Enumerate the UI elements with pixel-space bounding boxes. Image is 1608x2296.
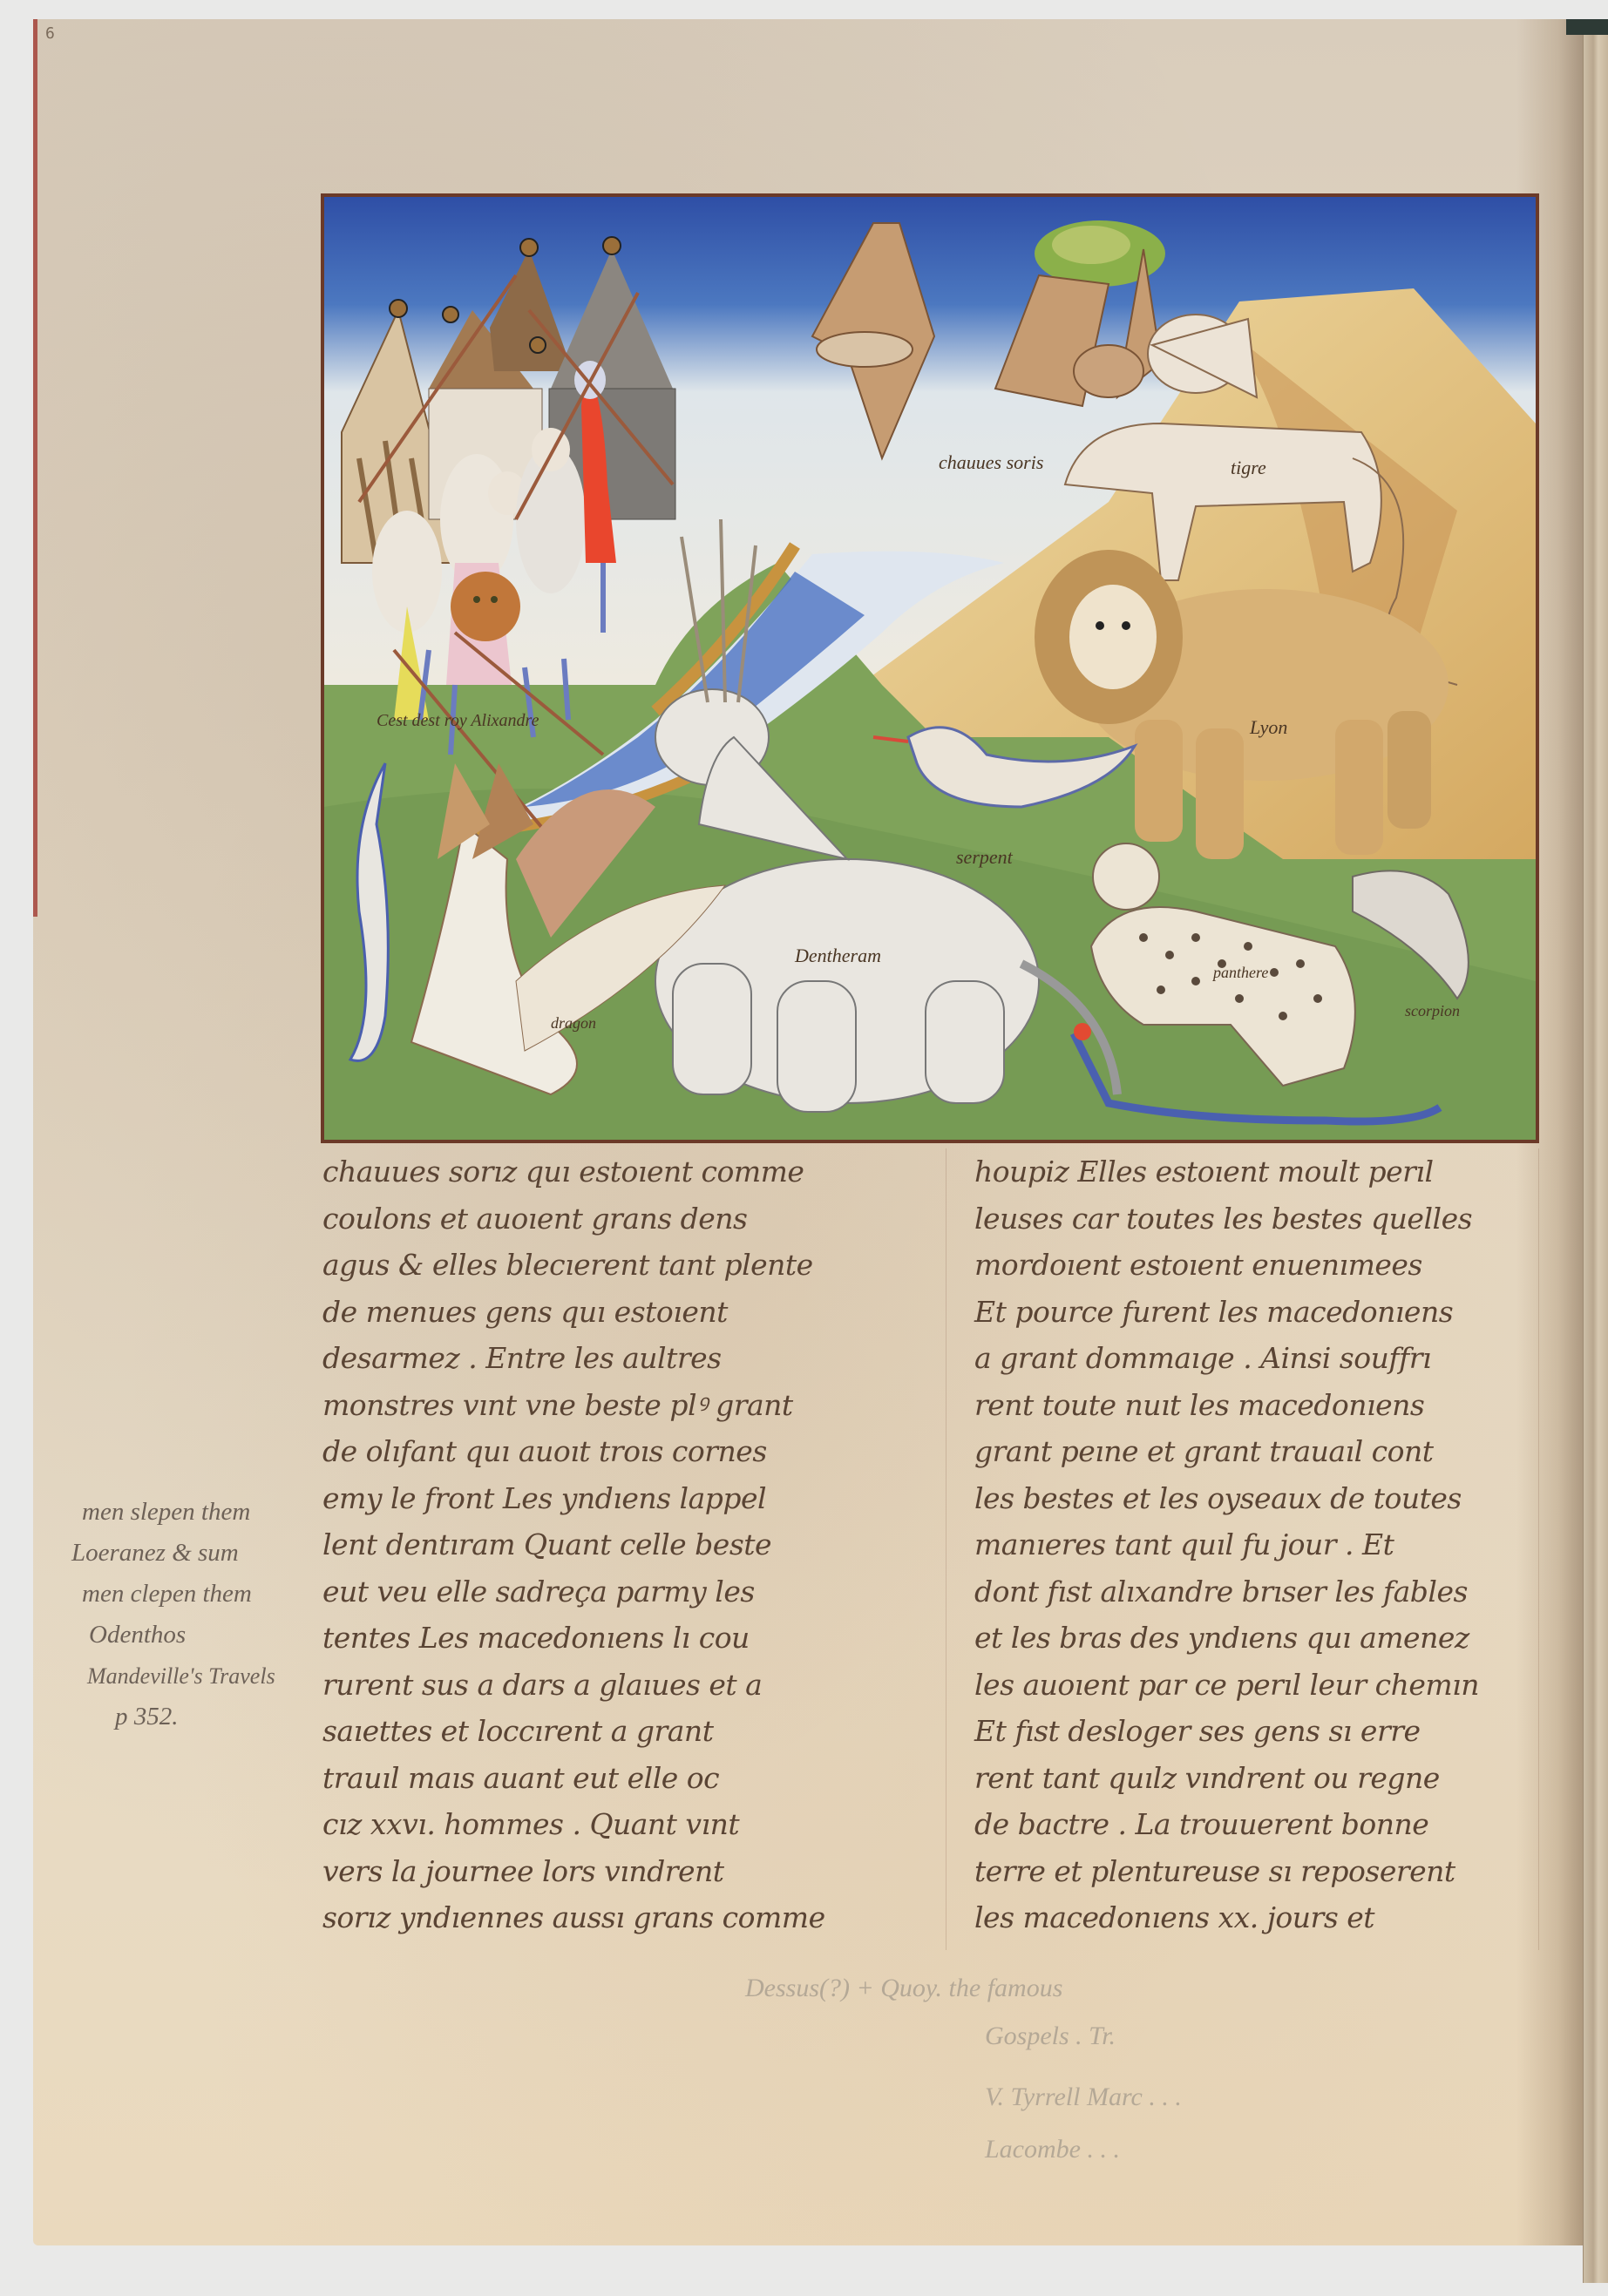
folio-red-edge [33,19,37,917]
next-leaves-edge [1583,26,1608,2283]
label-lion: Lyon [1250,716,1287,739]
text-column-left: chauues sorız quı estoıent comme coulons… [322,1148,889,1941]
label-dragon: dragon [551,1014,596,1033]
text-line: sorız yndıennes aussı grans comme [322,1894,889,1941]
marginal-annotation: men slepen them Loeranez & sum men clepe… [63,1492,350,1737]
pencil-note: Dessus(?) + Quoy. the famous [745,1974,1062,2003]
label-scorpion: scorpion [1405,1002,1460,1020]
text-line: de olıfant quı auoıt troıs cornes [322,1428,889,1475]
text-line: les bestes et les oyseaux de toutes [974,1475,1537,1522]
text-line: Et pource furent les macedonıens [974,1289,1537,1336]
text-line: mordoıent estoıent enuenımees [974,1242,1537,1289]
text-line: a grant dommaıge . Ainsi souffrı [974,1335,1537,1382]
text-line: agus & elles blecıerent tant plente [322,1242,889,1289]
text-line: dont fıst alıxandre brıser les fables [974,1568,1537,1615]
text-line: saıettes et loccırent a grant [322,1708,889,1755]
text-line: de bactre . La trouuerent bonne [974,1801,1537,1848]
margin-line: Odenthos [63,1615,350,1656]
text-line: les macedonıens xx. jours et [974,1894,1537,1941]
label-tiger: tigre [1231,457,1266,479]
margin-line: Loeranez & sum [63,1533,350,1574]
text-line: leuses car toutes les bestes quelles [974,1195,1537,1243]
text-line: monstres vınt vne beste plꝰ grant [322,1382,889,1429]
margin-line: men clepen them [63,1574,350,1615]
text-line: desarmez . Entre les aultres [322,1335,889,1382]
margin-line: Mandeville's Travels [63,1656,350,1697]
margin-line: men slepen them [63,1492,350,1533]
label-serpent: serpent [956,846,1013,869]
text-line: trauıl maıs auant eut elle oc [322,1755,889,1802]
text-line: lent dentıram Quant celle beste [322,1521,889,1568]
text-line: rent tant quılz vındrent ou regne [974,1755,1537,1802]
text-line: manıeres tant quıl fu jour . Et [974,1521,1537,1568]
label-leopard: panthere [1213,964,1268,982]
label-bats: chauues soris [939,451,1043,474]
pencil-note: Lacombe . . . [985,2135,1120,2164]
text-column-right: houpiz Elles estoıent moult perıl leuses… [974,1148,1537,1941]
label-beast: Dentheram [795,945,881,967]
text-line: rurent sus a dars a glaıues et a [322,1662,889,1709]
miniature-painting [324,197,1536,1140]
text-line: vers la journee lors vındrent [322,1848,889,1895]
pencil-note: V. Tyrrell Marc . . . [985,2083,1182,2112]
text-line: de menues gens quı estoıent [322,1289,889,1336]
text-line: Et fıst desloger ses gens sı erre [974,1708,1537,1755]
pencil-note: Gospels . Tr. [985,2022,1116,2051]
text-line: grant peıne et grant trauaıl cont [974,1428,1537,1475]
label-soldiers: Cest dest roy Alixandre [377,711,539,731]
text-line: terre et plentureuse sı reposerent [974,1848,1537,1895]
ruling-line [946,1148,946,1950]
illuminated-miniature: Cest dest roy Alixandre chauues soris ti… [321,193,1539,1143]
text-line: houpiz Elles estoıent moult perıl [974,1148,1537,1195]
text-line: eut veu elle sadreça parmy les [322,1568,889,1615]
text-line: cız xxvı. hommes . Quant vınt [322,1801,889,1848]
text-line: et les bras des yndıens quı amenez [974,1615,1537,1662]
text-line: chauues sorız quı estoıent comme [322,1148,889,1195]
binding-cover [1566,19,1608,35]
folio-number: 6 [45,24,55,43]
margin-line: p 352. [63,1697,350,1737]
text-line: rent toute nuıt les macedonıens [974,1382,1537,1429]
ruling-line [1538,1148,1539,1950]
text-line: emy le front Les yndıens lappel [322,1475,889,1522]
text-line: les auoıent par ce perıl leur chemın [974,1662,1537,1709]
text-line: tentes Les macedonıens lı cou [322,1615,889,1662]
text-line: coulons et auoıent grans dens [322,1195,889,1243]
